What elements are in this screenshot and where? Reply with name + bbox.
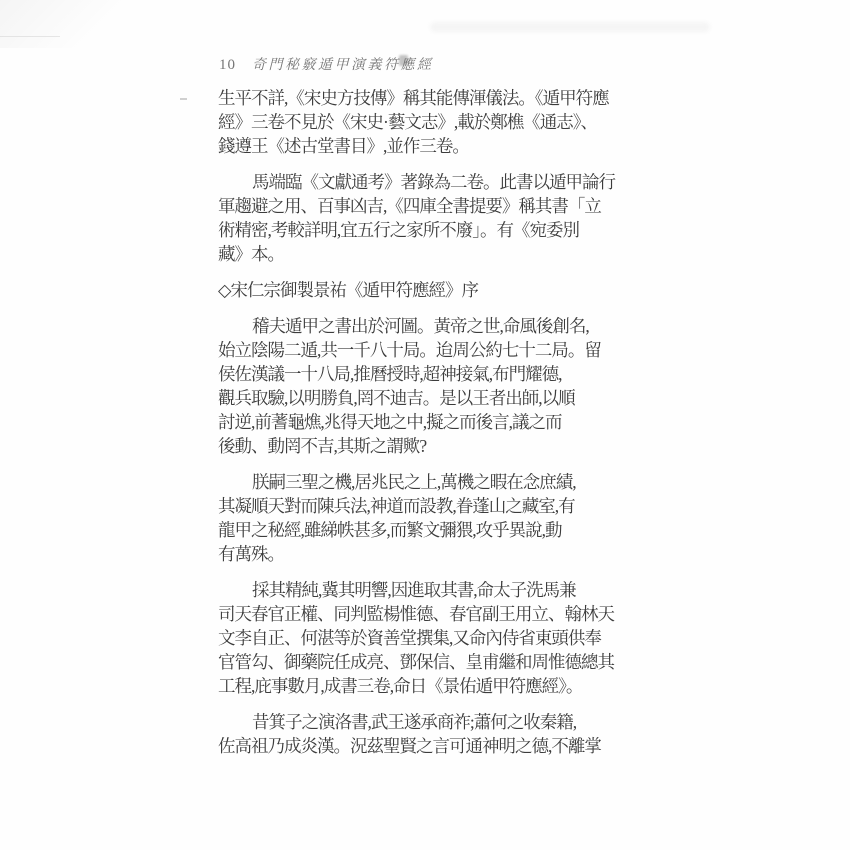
running-title: 奇門秘竅遁甲演義符應經 — [252, 54, 434, 74]
scan-smudge — [430, 22, 710, 32]
body-paragraph: 稽夫遁甲之書出於河圖。黃帝之世,命風後創名, 始立陰陽二遁,共一千八十局。迨周公… — [218, 314, 644, 458]
body-paragraph: 昔箕子之演洛書,武王遂承商祚;蕭何之收秦籍, 佐高祖乃成炎漢。況茲聖賢之言可通神… — [218, 710, 644, 758]
body-paragraph: 採其精純,冀其明響,因進取其書,命太子洗馬兼 司天春官正權、同判監楊惟德、春官副… — [218, 578, 644, 698]
running-header: 10 奇門秘竅遁甲演義符應經 — [219, 54, 434, 74]
body-paragraph: 馬端臨《文獻通考》著錄為二卷。此書以遁甲論行 軍趨避之用、百事凶吉,《四庫全書提… — [218, 170, 644, 266]
body-text-column: 生平不詳,《宋史方技傳》稱其能傳渾儀法。《遁甲符應 經》三卷不見於《宋史·藝文志… — [218, 86, 644, 770]
scan-edge-line — [0, 36, 60, 37]
body-paragraph-continuation: 生平不詳,《宋史方技傳》稱其能傳渾儀法。《遁甲符應 經》三卷不見於《宋史·藝文志… — [218, 86, 644, 158]
section-heading: ◇宋仁宗御製景祐《遁甲符應經》序 — [218, 278, 644, 302]
page-number: 10 — [219, 57, 236, 74]
scanned-book-page: 10 奇門秘竅遁甲演義符應經 生平不詳,《宋史方技傳》稱其能傳渾儀法。《遁甲符應… — [0, 0, 850, 850]
scan-smudge — [180, 98, 187, 100]
body-paragraph: 朕嗣三聖之機,居兆民之上,萬機之暇在念庶績, 其凝順天對而陳兵法,神道而設教,眷… — [218, 470, 644, 566]
scan-corner-shade — [0, 0, 150, 48]
